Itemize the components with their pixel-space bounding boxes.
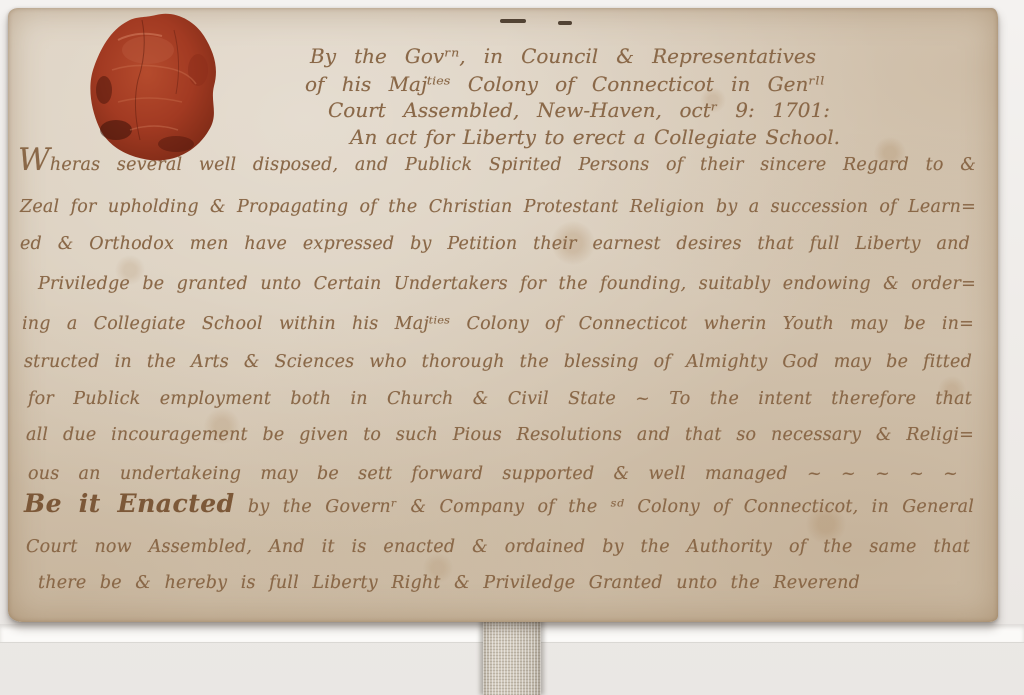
body-line: ing a Collegiate School within his Majᵗⁱ… xyxy=(22,312,974,336)
heading-line-3: Court Assembled, New-Haven, octʳ 9: 1701… xyxy=(328,98,830,123)
fabric-ribbon xyxy=(483,612,541,695)
heading-line-4-act-title: An act for Liberty to erect a Collegiate… xyxy=(350,125,840,150)
photo-backdrop: By the Govʳⁿ, in Council & Representativ… xyxy=(0,0,1024,695)
red-wax-seal xyxy=(78,10,234,170)
enacting-clause-rest: by the Governʳ & Company of the ˢᵈ Colon… xyxy=(235,497,974,517)
stitch-mark xyxy=(558,21,572,25)
body-line: Zeal for upholding & Propagating of the … xyxy=(20,195,976,219)
body-line: Priviledge be granted unto Certain Under… xyxy=(38,272,976,296)
body-line: Wheras several well disposed, and Public… xyxy=(18,148,976,177)
body-line: there be & hereby is full Liberty Right … xyxy=(38,571,860,595)
manuscript-document: By the Govʳⁿ, in Council & Representativ… xyxy=(8,8,998,622)
body-line: ed & Orthodox men have expressed by Peti… xyxy=(20,232,970,256)
stitch-mark xyxy=(500,19,526,23)
body-line: structed in the Arts & Sciences who thor… xyxy=(24,350,972,374)
heading-line-2: of his Majᵗⁱᵉˢ Colony of Connecticot in … xyxy=(305,72,825,97)
body-line: Court now Assembled, And it is enacted &… xyxy=(26,535,970,559)
heading-line-1: By the Govʳⁿ, in Council & Representativ… xyxy=(310,44,816,69)
enacting-clause: Be it Enacted by the Governʳ & Company o… xyxy=(24,492,974,519)
body-line: for Publick employment both in Church & … xyxy=(28,387,972,411)
body-line: ous an undertakeing may be sett forward … xyxy=(28,462,958,486)
enacting-clause-lead: Be it Enacted xyxy=(24,489,235,518)
body-line: all due incouragement be given to such P… xyxy=(26,423,974,447)
